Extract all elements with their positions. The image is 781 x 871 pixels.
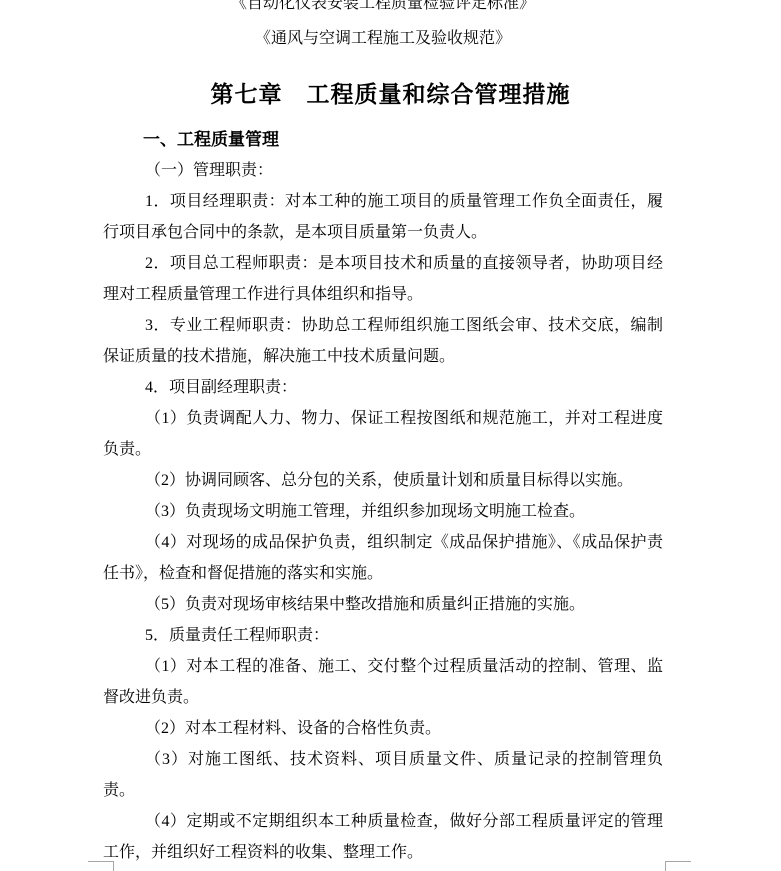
paragraph-project-manager: 1．项目经理职责：对本工种的施工项目的质量管理工作负全面责任，履行项目承包合同中… <box>103 186 663 248</box>
paragraph-quality-item-3: （3）对施工图纸、技术资料、项目质量文件、质量记录的控制管理负责。 <box>103 744 663 806</box>
paragraph-quality-engineer: 5．质量责任工程师职责： <box>103 620 663 651</box>
paragraph-quality-item-1: （1）对本工程的准备、施工、交付整个过程质量活动的控制、管理、监督改进负责。 <box>103 651 663 713</box>
paragraph-quality-item-4: （4）定期或不定期组织本工种质量检查，做好分部工程质量评定的管理工作，并组织好工… <box>103 806 663 868</box>
paragraph-deputy-item-3: （3）负责现场文明施工管理，并组织参加现场文明施工检查。 <box>103 496 663 527</box>
page-margin-mark-bottom-left <box>88 861 114 871</box>
section-heading: 一、工程质量管理 <box>103 124 663 155</box>
paragraph-chief-engineer: 2．项目总工程师职责：是本项目技术和质量的直接领导者，协助项目经理对工程质量管理… <box>103 248 663 310</box>
chapter-title: 第七章 工程质量和综合管理措施 <box>0 80 781 110</box>
paragraph-deputy-item-4: （4）对现场的成品保护负责，组织制定《成品保护措施》、《成品保护责任书》，检查和… <box>103 527 663 589</box>
page-margin-mark-bottom-right <box>665 861 691 871</box>
reference-standard-1: 《自动化仪表安装工程质量检验评定标准》 <box>103 0 663 21</box>
document-page: 《自动化仪表安装工程质量检验评定标准》 《通风与空调工程施工及验收规范》 第七章… <box>0 0 781 871</box>
paragraph-deputy-item-1: （1）负责调配人力、物力、保证工程按图纸和规范施工，并对工程进度负责。 <box>103 403 663 465</box>
document-body: 一、工程质量管理 （一）管理职责： 1．项目经理职责：对本工种的施工项目的质量管… <box>103 124 663 868</box>
reference-list: 《自动化仪表安装工程质量检验评定标准》 《通风与空调工程施工及验收规范》 <box>103 0 663 56</box>
reference-standard-2: 《通风与空调工程施工及验收规范》 <box>103 21 663 56</box>
paragraph-quality-item-2: （2）对本工程材料、设备的合格性负责。 <box>103 713 663 744</box>
paragraph-deputy-item-2: （2）协调同顾客、总分包的关系，使质量计划和质量目标得以实施。 <box>103 465 663 496</box>
paragraph-deputy-item-5: （5）负责对现场审核结果中整改措施和质量纠正措施的实施。 <box>103 589 663 620</box>
paragraph-deputy-manager: 4．项目副经理职责： <box>103 372 663 403</box>
paragraph-specialty-engineer: 3．专业工程师职责：协助总工程师组织施工图纸会审、技术交底，编制保证质量的技术措… <box>103 310 663 372</box>
paragraph-management-duties: （一）管理职责： <box>103 155 663 186</box>
